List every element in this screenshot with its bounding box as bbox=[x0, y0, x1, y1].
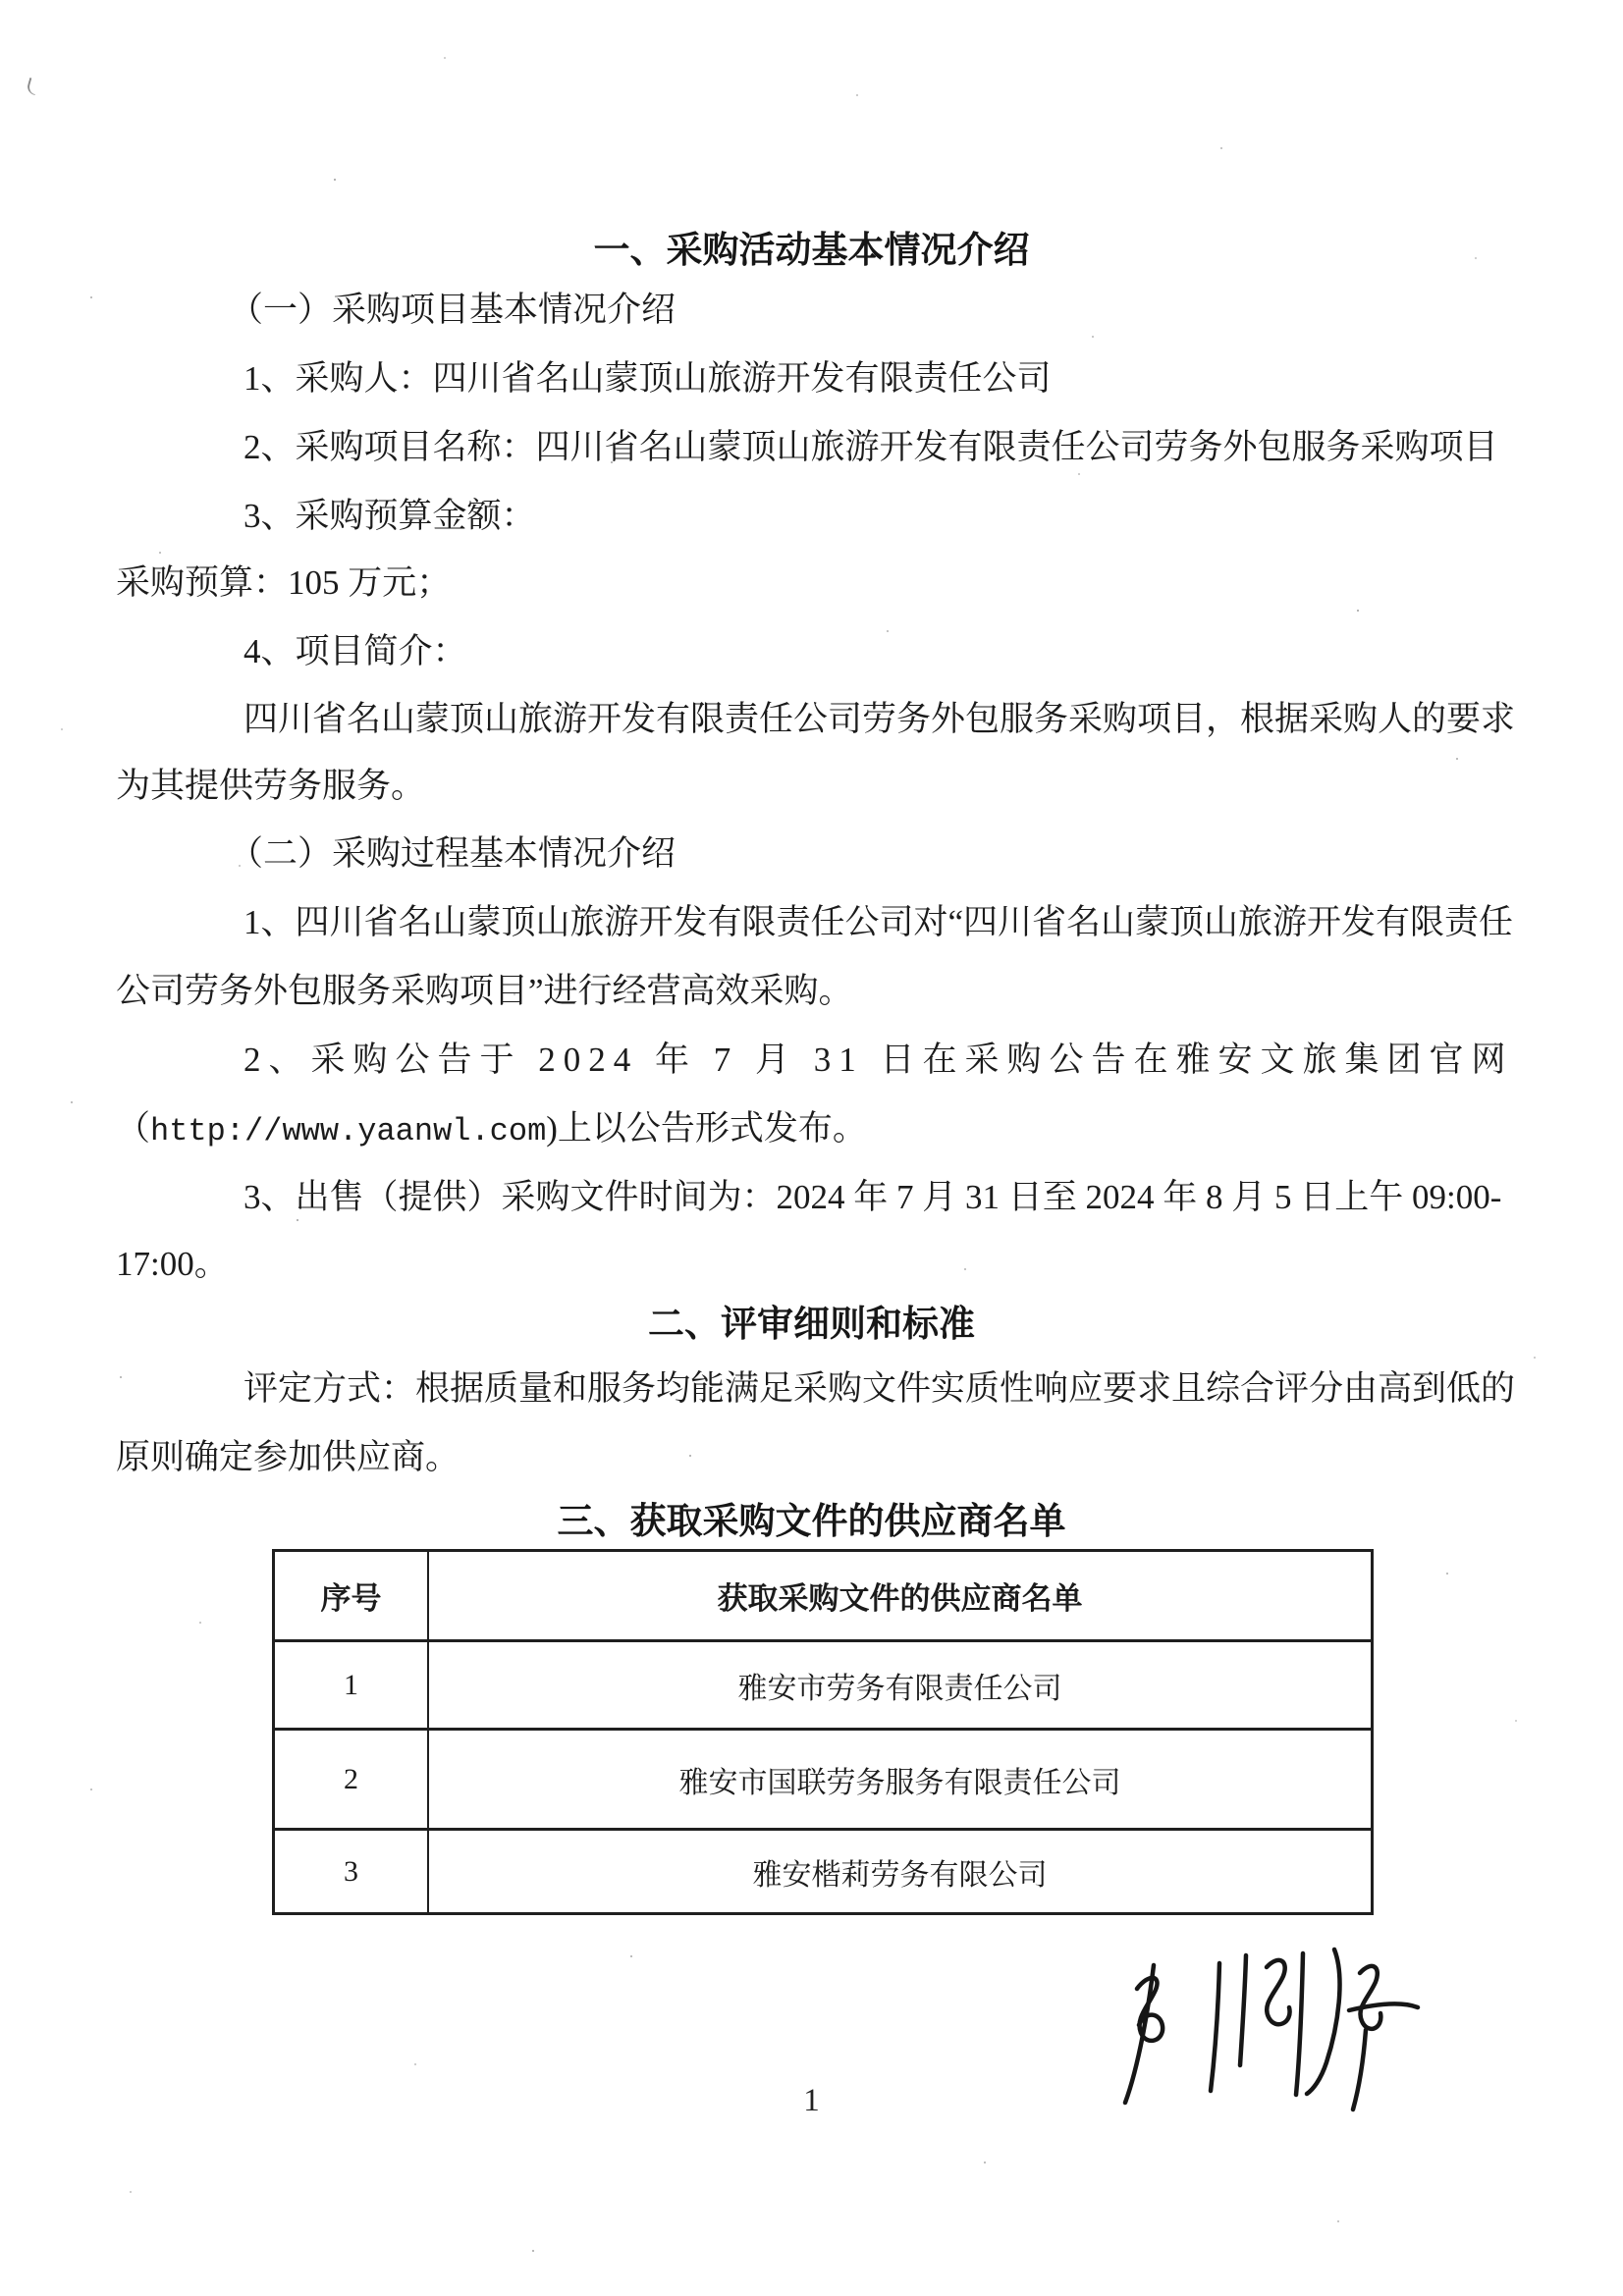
item-purchaser: 1、采购人：四川省名山蒙顶山旅游开发有限责任公司 bbox=[116, 356, 1513, 401]
evaluation-line-1: 评定方式：根据质量和服务均能满足采购文件实质性响应要求且综合评分由高到低的 bbox=[116, 1366, 1513, 1412]
scan-corner-mark bbox=[26, 78, 39, 95]
process-item-2-line-2: （http://www.yaanwl.com)上以公告形式发布。 bbox=[116, 1106, 1513, 1152]
cell-supplier-name: 雅安市国联劳务服务有限责任公司 bbox=[428, 1730, 1373, 1830]
section-heading-2: 二、评审细则和标准 bbox=[0, 1294, 1623, 1347]
budget-amount-line: 采购预算：105 万元； bbox=[116, 561, 1513, 606]
header-cell-supplier-list: 获取采购文件的供应商名单 bbox=[428, 1551, 1373, 1641]
table-row: 1 雅安市劳务有限责任公司 bbox=[274, 1641, 1373, 1730]
cell-row-no: 2 bbox=[274, 1730, 429, 1830]
subsection-1-title: （一）采购项目基本情况介绍 bbox=[116, 288, 1513, 333]
process-item-1-line-1: 1、四川省名山蒙顶山旅游开发有限责任公司对“四川省名山蒙顶山旅游开发有限责任 bbox=[116, 900, 1513, 945]
evaluation-line-2: 原则确定参加供应商。 bbox=[116, 1435, 1513, 1480]
subsection-2-title: （二）采购过程基本情况介绍 bbox=[116, 831, 1513, 877]
cell-supplier-name: 雅安市劳务有限责任公司 bbox=[428, 1641, 1373, 1730]
table-row: 2 雅安市国联劳务服务有限责任公司 bbox=[274, 1730, 1373, 1830]
fullwidth-paren-open: （ bbox=[116, 1109, 150, 1148]
table-row: 3 雅安楷莉劳务有限公司 bbox=[274, 1830, 1373, 1914]
header-cell-no: 序号 bbox=[274, 1551, 429, 1641]
section-heading-1: 一、采购活动基本情况介绍 bbox=[0, 220, 1623, 273]
cell-row-no: 1 bbox=[274, 1641, 429, 1730]
process-item-2-line-1: 2、采购公告于 2024 年 7 月 31 日在采购公告在雅安文旅集团官网 bbox=[116, 1038, 1513, 1083]
item-budget-label: 3、采购预算金额： bbox=[116, 494, 1513, 539]
project-brief-line-1: 四川省名山蒙顶山旅游开发有限责任公司劳务外包服务采购项目，根据采购人的要求 bbox=[116, 697, 1513, 742]
process-item-3-line-2: 17:00。 bbox=[116, 1242, 1513, 1287]
announcement-line-rest: )上以公告形式发布。 bbox=[546, 1109, 867, 1148]
scanned-document-page: 一、采购活动基本情况介绍 （一）采购项目基本情况介绍 1、采购人：四川省名山蒙顶… bbox=[0, 0, 1623, 2296]
cell-row-no: 3 bbox=[274, 1830, 429, 1914]
item-project-name: 2、采购项目名称：四川省名山蒙顶山旅游开发有限责任公司劳务外包服务采购项目 bbox=[116, 425, 1513, 470]
supplier-table: 序号 获取采购文件的供应商名单 1 雅安市劳务有限责任公司 2 雅安市国联劳务服… bbox=[272, 1549, 1374, 1915]
page-number: 1 bbox=[0, 2083, 1623, 2119]
scan-noise bbox=[0, 0, 2, 2]
cell-supplier-name: 雅安楷莉劳务有限公司 bbox=[428, 1830, 1373, 1914]
announcement-url: http://www.yaanwl.com bbox=[150, 1113, 546, 1149]
section-heading-3: 三、获取采购文件的供应商名单 bbox=[0, 1491, 1623, 1544]
item-project-brief-label: 4、项目简介： bbox=[116, 629, 1513, 674]
process-item-1-line-2: 公司劳务外包服务采购项目”进行经营高效采购。 bbox=[116, 969, 1513, 1014]
project-brief-line-2: 为其提供劳务服务。 bbox=[116, 764, 1513, 809]
process-item-3-line-1: 3、出售（提供）采购文件时间为：2024 年 7 月 31 日至 2024 年 … bbox=[116, 1175, 1513, 1220]
supplier-table-header-row: 序号 获取采购文件的供应商名单 bbox=[274, 1551, 1373, 1641]
